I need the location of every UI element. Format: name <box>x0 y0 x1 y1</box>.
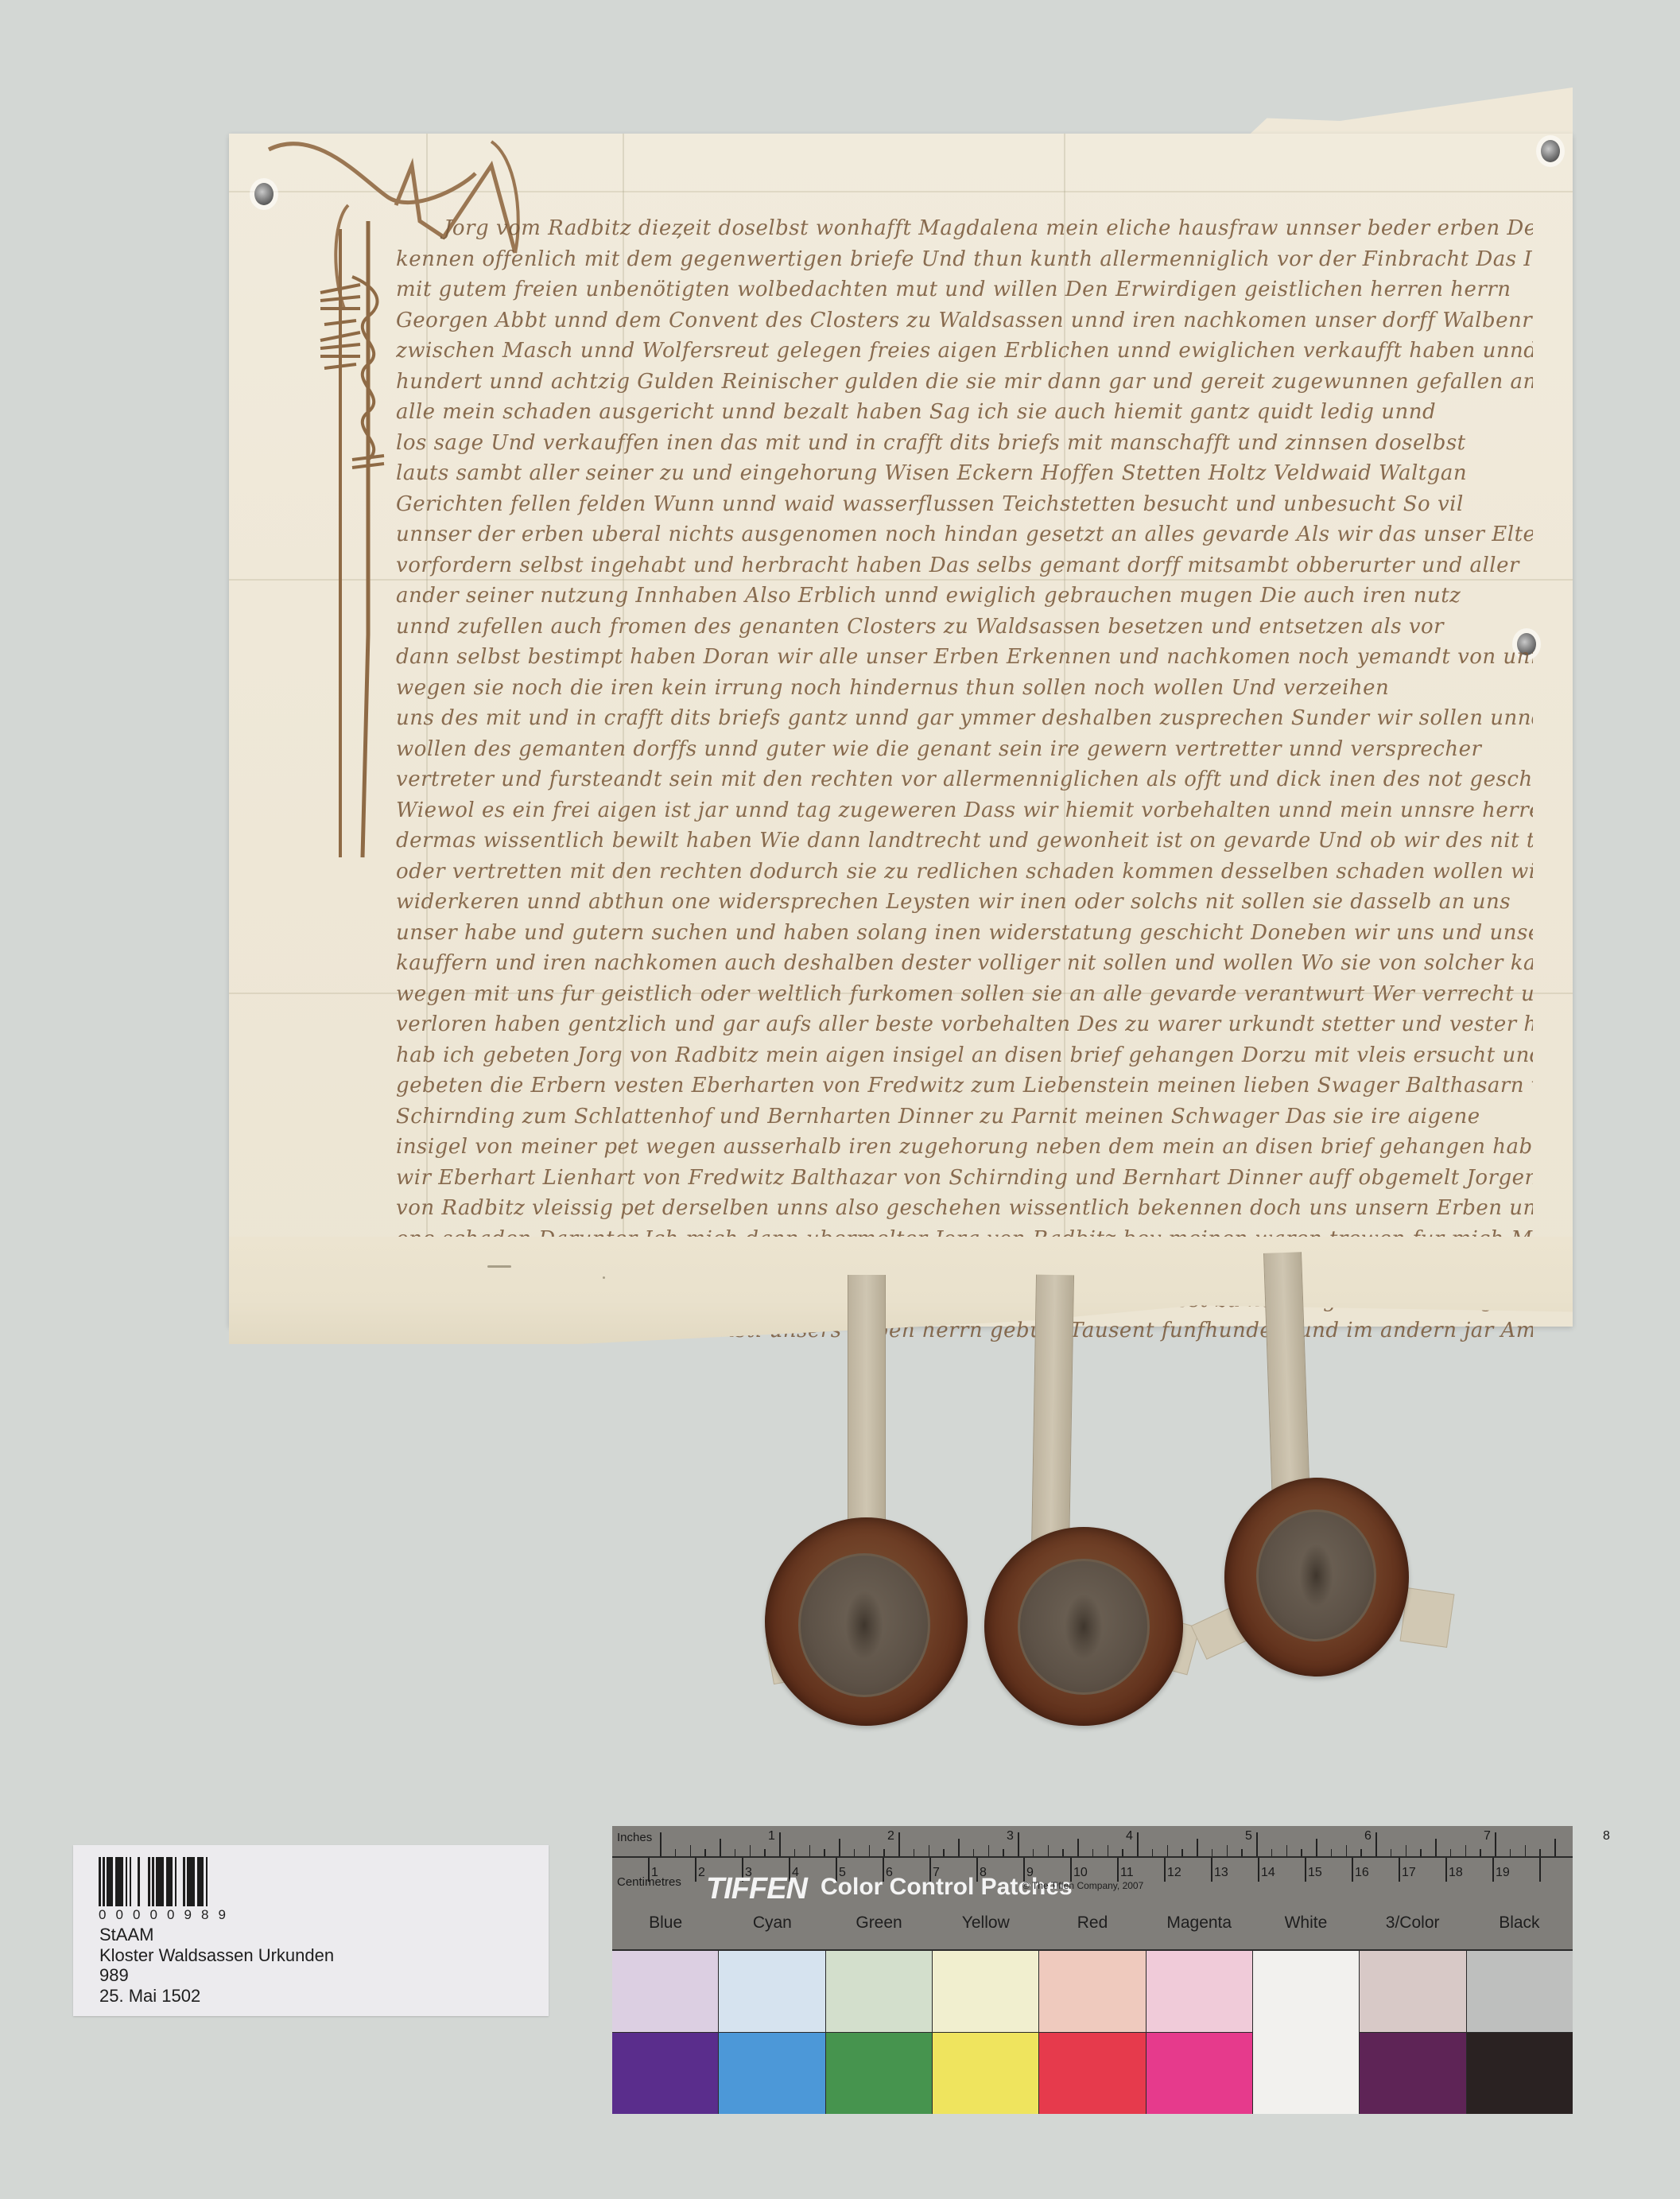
inch-tick <box>1316 1839 1317 1856</box>
cm-number: 2 <box>698 1866 705 1880</box>
barcode-bar <box>130 1857 131 1906</box>
inch-tick <box>958 1839 960 1856</box>
patch-label-3-color: 3/Color <box>1361 1913 1465 1933</box>
charter-text-line: lauts sambt aller seiner zu und eingehor… <box>396 458 1533 489</box>
inch-tick <box>1554 1839 1556 1856</box>
charter-text-line: uns des mit und in crafft dits briefs ga… <box>396 703 1533 734</box>
inch-tick <box>1033 1849 1034 1856</box>
seal-strap-left <box>848 1275 886 1537</box>
charter-text-line: vertreter und fursteandt sein mit den re… <box>396 764 1533 795</box>
light-patch <box>826 1951 932 2033</box>
charter-text-line: kauffern und iren nachkomen auch deshalb… <box>396 948 1533 979</box>
barcode-bar <box>197 1857 204 1906</box>
charter-text-line: widerkeren unnd abthun one widersprechen… <box>396 887 1533 918</box>
cm-tick <box>1399 1858 1400 1882</box>
inch-tick <box>1539 1849 1541 1856</box>
inch-tick <box>1003 1849 1004 1856</box>
dark-patch <box>826 2033 932 2114</box>
charter-text-line: zwischen Masch unnd Wolfersreut gelegen … <box>396 336 1533 367</box>
inch-tick <box>1137 1832 1139 1856</box>
patch-label-black: Black <box>1468 1913 1571 1933</box>
barcode-digit: 0 <box>116 1907 123 1923</box>
cm-tick <box>1539 1858 1541 1882</box>
inch-tick <box>929 1845 930 1856</box>
cm-number: 12 <box>1167 1866 1181 1880</box>
patch-column-3-color <box>1360 1951 1466 2114</box>
tiffen-color-chart: Inches 12345678 123456789101112131415161… <box>612 1826 1573 2112</box>
light-patch <box>1147 1951 1252 2033</box>
charter-text-line: alle mein schaden ausgericht unnd bezalt… <box>396 397 1533 428</box>
inch-number: 7 <box>1484 1829 1491 1844</box>
inch-tick <box>1181 1849 1183 1856</box>
inch-tick <box>1018 1832 1019 1856</box>
patch-column-white <box>1253 1951 1360 2114</box>
charter-text-line: von Radbitz vleissig pet derselben unns … <box>396 1193 1533 1224</box>
inch-number: 6 <box>1364 1829 1372 1844</box>
seal-slit <box>603 1276 605 1279</box>
mounting-pin-icon <box>1541 140 1560 162</box>
seal-slit <box>487 1265 511 1268</box>
dark-patch <box>933 2033 1038 2114</box>
charter-text-line: hab ich gebeten Jorg von Radbitz mein ai… <box>396 1040 1533 1071</box>
barcode-digit: 0 <box>99 1907 106 1923</box>
charter-text-line: los sage Und verkauffen inen das mit und… <box>396 428 1533 459</box>
patch-label-green: Green <box>828 1913 931 1933</box>
patch-column-red <box>1039 1951 1146 2114</box>
inch-tick <box>1197 1839 1198 1856</box>
charter-text-line: unnser der erben uberal nichts ausgenome… <box>396 519 1533 550</box>
ruler-header: Inches 12345678 123456789101112131415161… <box>612 1826 1573 1949</box>
patch-label-blue: Blue <box>614 1913 717 1933</box>
barcode-bar <box>115 1857 123 1906</box>
charter-text-line: Georgen Abbt unnd dem Convent des Closte… <box>396 305 1533 336</box>
chart-copyright: © The Tiffen Company, 2007 <box>1022 1880 1143 1891</box>
charter-text-line: Gerichten fellen felden Wunn unnd waid w… <box>396 489 1533 520</box>
charter-text-line: Wiewol es ein frei aigen ist jar unnd ta… <box>396 795 1533 826</box>
patch-column-magenta <box>1147 1951 1253 2114</box>
inch-tick <box>1420 1849 1422 1856</box>
inch-tick <box>764 1849 766 1856</box>
cm-number: 19 <box>1496 1866 1510 1880</box>
inch-number: 2 <box>887 1829 894 1844</box>
barcode-bar <box>126 1857 127 1906</box>
inch-number: 8 <box>1603 1829 1610 1844</box>
inch-tick <box>690 1845 692 1856</box>
patch-column-green <box>826 1951 933 2114</box>
barcode-bar <box>152 1857 154 1906</box>
inch-tick <box>973 1849 975 1856</box>
barcode-bar <box>175 1857 177 1906</box>
charter-text-line: unser habe und gutern suchen und haben s… <box>396 918 1533 949</box>
inch-ruler: Inches 12345678 <box>612 1826 1573 1858</box>
barcode-bar <box>138 1857 140 1906</box>
barcode-bar <box>206 1857 208 1906</box>
light-patch <box>933 1951 1038 2033</box>
inch-number: 1 <box>768 1829 775 1844</box>
charter-text-line: hundert unnd achtzig Gulden Reinischer g… <box>396 367 1533 398</box>
inch-tick <box>1331 1849 1333 1856</box>
charter-text-line: kennen offenlich mit dem gegenwertigen b… <box>396 244 1533 275</box>
inch-tick <box>1167 1845 1169 1856</box>
inch-tick <box>1122 1849 1123 1856</box>
inch-tick <box>720 1839 721 1856</box>
patch-column-yellow <box>933 1951 1039 2114</box>
charter-text-line: insigel von meiner pet wegen ausserhalb … <box>396 1132 1533 1163</box>
inch-tick <box>1375 1832 1377 1856</box>
light-patch <box>1360 1951 1465 2033</box>
charter-text-line: dann selbst bestimpt haben Doran wir all… <box>396 642 1533 673</box>
barcode-digit: 9 <box>219 1907 226 1923</box>
inch-tick <box>1256 1832 1258 1856</box>
seal-impression <box>798 1553 930 1697</box>
barcode-bar <box>148 1857 150 1906</box>
inch-number: 3 <box>1007 1829 1014 1844</box>
inch-tick <box>839 1839 840 1856</box>
patch-label-magenta: Magenta <box>1147 1913 1251 1933</box>
patch-column-blue <box>612 1951 719 2114</box>
inch-tick <box>824 1849 825 1856</box>
patch-column-cyan <box>719 1951 825 2114</box>
inch-tick <box>1360 1849 1362 1856</box>
patch-label-white: White <box>1254 1913 1357 1933</box>
inch-tick <box>1092 1849 1094 1856</box>
inch-tick <box>1241 1849 1243 1856</box>
inch-tick <box>883 1849 885 1856</box>
inch-tick <box>1212 1849 1213 1856</box>
cm-number: 16 <box>1355 1866 1369 1880</box>
inch-tick <box>898 1832 900 1856</box>
inch-tick <box>869 1845 871 1856</box>
cm-tick <box>1164 1858 1166 1882</box>
charter-text-line: mit gutem freien unbenötigten wolbedacht… <box>396 274 1533 305</box>
inch-number: 4 <box>1126 1829 1133 1844</box>
inch-tick <box>1286 1845 1288 1856</box>
inch-tick <box>1510 1849 1511 1856</box>
charter-text-line: wegen sie noch die iren kein irrung noch… <box>396 673 1533 704</box>
inch-tick <box>1435 1839 1437 1856</box>
patch-label-cyan: Cyan <box>720 1913 824 1933</box>
charter-text-line: oder vertretten mit den rechten dodurch … <box>396 857 1533 888</box>
barcode-digit: 9 <box>184 1907 192 1923</box>
color-patches <box>612 1949 1573 2114</box>
cm-tick <box>1492 1858 1494 1882</box>
cm-number: 15 <box>1308 1866 1322 1880</box>
patch-column-black <box>1467 1951 1573 2114</box>
cm-tick <box>1445 1858 1447 1882</box>
light-patch <box>719 1951 824 2033</box>
cm-tick <box>695 1858 696 1882</box>
wax-seal-right <box>1224 1478 1409 1676</box>
charter-text-line: wir Eberhart Lienhart von Fredwitz Balth… <box>396 1163 1533 1194</box>
barcode-digits: 00000989 <box>99 1907 226 1923</box>
cm-tick <box>1352 1858 1353 1882</box>
inch-tick <box>735 1849 736 1856</box>
inch-tick <box>1346 1845 1348 1856</box>
inch-tick <box>660 1832 662 1856</box>
barcode-bar <box>187 1857 195 1906</box>
inch-tick <box>1152 1849 1154 1856</box>
inch-tick <box>1301 1849 1302 1856</box>
dark-patch <box>612 2033 718 2114</box>
charter-parchment: Jorg vom Radbitz dieȥeit doselbst wonhaf… <box>229 134 1573 1327</box>
dark-patch <box>719 2033 824 2114</box>
inch-tick <box>1108 1845 1109 1856</box>
inch-tick <box>1077 1839 1079 1856</box>
cm-tick <box>1258 1858 1259 1882</box>
charter-text-line: Schirnding zum Schlattenhof und Bernhart… <box>396 1101 1533 1133</box>
cm-tick <box>1305 1858 1306 1882</box>
charter-text-line: vorfordern selbst ingehabt und herbracht… <box>396 550 1533 581</box>
inch-tick <box>1450 1849 1452 1856</box>
barcode-digit: 8 <box>201 1907 208 1923</box>
inch-tick <box>1480 1849 1481 1856</box>
inch-tick <box>1391 1849 1392 1856</box>
barcode-bar <box>166 1857 173 1906</box>
tiffen-logo: TIFFEN <box>706 1872 807 1906</box>
charter-text: Jorg vom Radbitz dieȥeit doselbst wonhaf… <box>396 213 1533 1346</box>
cm-tick <box>1211 1858 1212 1882</box>
cm-number: 14 <box>1261 1866 1275 1880</box>
dark-patch <box>1039 2033 1145 2114</box>
barcode-bar <box>183 1857 185 1906</box>
inch-tick <box>854 1849 856 1856</box>
cm-number: 10 <box>1073 1866 1088 1880</box>
inch-tick <box>794 1849 796 1856</box>
inch-tick <box>988 1845 990 1856</box>
barcode-digit: 0 <box>133 1907 140 1923</box>
centimetres-label: Centimetres <box>617 1875 681 1889</box>
cm-number: 13 <box>1214 1866 1228 1880</box>
light-patch <box>1467 1951 1573 2033</box>
barcode-bar <box>107 1857 113 1906</box>
marginal-flourish-icon <box>316 221 388 873</box>
inch-tick <box>1465 1845 1467 1856</box>
cm-number: 18 <box>1449 1866 1463 1880</box>
barcode-bar <box>103 1857 105 1906</box>
charter-text-line: verloren haben gentzlich und gar aufs al… <box>396 1009 1533 1040</box>
inches-label: Inches <box>617 1831 652 1844</box>
inch-tick <box>1525 1845 1527 1856</box>
charter-text-line: wollen des gemanten dorffs unnd guter wi… <box>396 734 1533 765</box>
charter-text-line: ander seiner nutzung Innhaben Also Erbli… <box>396 581 1533 612</box>
wax-seal-center <box>984 1527 1183 1726</box>
barcode-digit: 0 <box>150 1907 157 1923</box>
inch-tick <box>675 1849 677 1856</box>
barcode-bar <box>156 1857 164 1906</box>
inch-tick <box>809 1845 811 1856</box>
dark-patch <box>1360 2033 1465 2114</box>
dark-patch <box>1147 2033 1252 2114</box>
inch-tick <box>1271 1849 1273 1856</box>
barcode-digit: 0 <box>167 1907 174 1923</box>
cm-number: 11 <box>1120 1866 1134 1880</box>
cm-number: 17 <box>1402 1866 1416 1880</box>
inch-tick <box>1495 1832 1496 1856</box>
light-patch <box>612 1951 718 2033</box>
dark-patch <box>1253 2033 1359 2115</box>
inch-tick <box>914 1849 915 1856</box>
inch-number: 5 <box>1245 1829 1252 1844</box>
label-text: StAAM Kloster Waldsassen Urkunden 989 25… <box>99 1925 334 2006</box>
patch-label-red: Red <box>1041 1913 1144 1933</box>
dark-patch <box>1467 2033 1573 2114</box>
inch-tick <box>1048 1845 1050 1856</box>
seal-strap-center <box>1031 1275 1074 1554</box>
barcode <box>99 1857 214 1906</box>
seal-impression <box>1256 1509 1376 1641</box>
seal-tab <box>1400 1587 1455 1648</box>
charter-text-line: Jorg vom Radbitz dieȥeit doselbst wonhaf… <box>396 213 1533 244</box>
document-date: 25. Mai 1502 <box>99 1986 334 2007</box>
charter-text-line: unnd zufellen auch fromen des genanten C… <box>396 612 1533 643</box>
inch-tick <box>750 1845 751 1856</box>
seal-impression <box>1018 1559 1150 1695</box>
inch-tick <box>943 1849 945 1856</box>
inch-tick <box>1227 1845 1228 1856</box>
patch-label-yellow: Yellow <box>934 1913 1038 1933</box>
archive-label: 00000989 StAAM Kloster Waldsassen Urkund… <box>73 1845 549 2016</box>
light-patch <box>1253 1951 1359 2033</box>
inch-tick <box>779 1832 781 1856</box>
barcode-bar <box>99 1857 101 1906</box>
inch-tick <box>1062 1849 1064 1856</box>
light-patch <box>1039 1951 1145 2033</box>
inch-tick <box>704 1849 706 1856</box>
wax-seal-left <box>765 1517 968 1726</box>
charter-text-line: gebeten die Erbern vesten Eberharten von… <box>396 1070 1533 1101</box>
charter-text-line: wegen mit uns fur geistlich oder weltlic… <box>396 979 1533 1010</box>
document-number: 989 <box>99 1965 334 1986</box>
archive-name: StAAM <box>99 1925 334 1945</box>
collection-name: Kloster Waldsassen Urkunden <box>99 1945 334 1966</box>
inch-tick <box>1406 1845 1407 1856</box>
charter-text-line: dermas wissentlich bewilt haben Wie dann… <box>396 826 1533 857</box>
cm-tick <box>1117 1858 1119 1882</box>
